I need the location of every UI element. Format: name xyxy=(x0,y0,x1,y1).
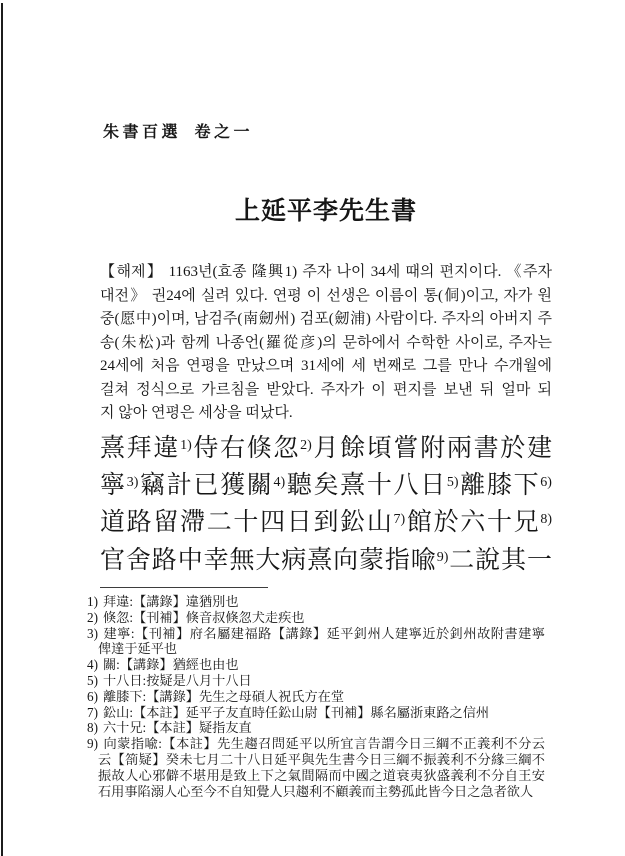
footnote-line: 3)建寧:【刊補】府名屬建福路【講錄】延平釗州人建寧近於釗州故附書建寧 xyxy=(87,626,545,642)
abstract-line: 중(愿中)이며, 남검주(南劒州) 검포(劒浦) 사람이다. 주자의 아버지 주 xyxy=(100,308,552,332)
footnote: 4)關:【講錄】猶經也由也 xyxy=(87,657,545,673)
footnote-number: 4) xyxy=(87,657,98,673)
footnote-line: 7)鈆山:【本註】延平子友直時任鈆山尉【刊補】縣名屬浙東路之信州 xyxy=(87,705,545,721)
footnote: 1)拜違:【講錄】違猶別也 xyxy=(87,594,545,610)
abstract-line: 송(朱松)과 함께 나종언(羅從彦)의 문하에서 수학한 사이로, 주자는 xyxy=(100,332,552,356)
footnote: 7)鈆山:【本註】延平子友直時任鈆山尉【刊補】縣名屬浙東路之信州 xyxy=(87,705,545,721)
footnote: 9)向蒙指喩:【本註】先生趨召問延平以所宜言告謂今日三綱不正義利不分云云【箚疑】… xyxy=(87,736,545,799)
abstract-line: 지 않아 연평은 세상을 떠났다. xyxy=(100,402,552,426)
footnote-ref: 8) xyxy=(540,512,552,527)
abstract-line: 24세에 처음 연평을 만났으며 31세에 세 번째로 그를 만나 수개월에 xyxy=(100,355,552,379)
footnote-line: 9)向蒙指喩:【本註】先生趨召問延平以所宜言告謂今日三綱不正義利不分云 xyxy=(87,736,545,752)
footnote-number: 1) xyxy=(87,594,98,610)
footnote-ref: 7) xyxy=(394,512,406,527)
letter-body: 熹拜違1)侍右倏忽2)月餘頃嘗附兩書於建寧3)竊計已獲關4)聽矣熹十八日5)離膝… xyxy=(100,430,552,579)
footnote-number: 3) xyxy=(87,626,98,642)
footnote: 5)十八日:按疑是八月十八日 xyxy=(87,673,545,689)
footnote-number: 9) xyxy=(87,736,98,752)
letter-line: 熹拜違1)侍右倏忽2)月餘頃嘗附兩書於建 xyxy=(100,430,552,467)
footnote-line: 4)關:【講錄】猶經也由也 xyxy=(87,657,545,673)
abstract-paragraph: 【해제】 1163년(효종 隆興1) 주자 나이 34세 때의 편지이다. 《주… xyxy=(100,261,552,426)
footnote-ref: 1) xyxy=(180,438,192,453)
footnote-ref: 6) xyxy=(540,475,552,490)
footnote: 8)六十兄:【本註】疑指友直 xyxy=(87,720,545,736)
footnote-line: 6)離膝下:【講錄】先生之母碩人祝氏方在堂 xyxy=(87,689,545,705)
book-header: 朱書百選 卷之一 xyxy=(103,119,253,142)
footnote-line: 振故人心邪僻不堪用是致上下之氣間隔而中國之道衰夷狄盛義利不分自王安 xyxy=(98,768,545,784)
footnote-number: 5) xyxy=(87,673,98,689)
footnote-separator xyxy=(100,587,268,588)
footnote-line: 2)倏忽:【刊補】倏音叔倏忽犬走疾也 xyxy=(87,610,545,626)
page-edge-line xyxy=(1,3,3,856)
footnote-line: 8)六十兄:【本註】疑指友直 xyxy=(87,720,545,736)
abstract-line: 【해제】 1163년(효종 隆興1) 주자 나이 34세 때의 편지이다. 《주… xyxy=(100,261,552,285)
footnotes-section: 1)拜違:【講錄】違猶別也2)倏忽:【刊補】倏音叔倏忽犬走疾也3)建寧:【刊補】… xyxy=(87,594,545,799)
footnote-line: 石用事陷溺人心至今不自知覺人只趨利不顧義而主勢孤此皆今日之急者欲人 xyxy=(98,784,545,800)
footnote-line: 5)十八日:按疑是八月十八日 xyxy=(87,673,545,689)
footnote-number: 2) xyxy=(87,610,98,626)
letter-line: 道路留滯二十四日到鈆山7)館於六十兄8) xyxy=(100,504,552,541)
footnote-line: 1)拜違:【講錄】違猶別也 xyxy=(87,594,545,610)
abstract-line: 걸쳐 정식으로 가르침을 받았다. 주자가 이 편지를 보낸 뒤 얼마 되 xyxy=(100,379,552,403)
footnote-number: 7) xyxy=(87,705,98,721)
letter-line: 官舍路中幸無大病熹向蒙指喩9)二說其一 xyxy=(100,542,552,579)
footnote-ref: 3) xyxy=(127,475,139,490)
abstract-line: 대전》 권24에 실려 있다. 연평 이 선생은 이름이 통(侗)이고, 자가 … xyxy=(100,285,552,309)
footnote: 6)離膝下:【講錄】先生之母碩人祝氏方在堂 xyxy=(87,689,545,705)
letter-title: 上延平李先生書 xyxy=(100,191,552,227)
footnote-number: 6) xyxy=(87,689,98,705)
footnote-ref: 9) xyxy=(437,550,449,565)
footnote-ref: 2) xyxy=(300,438,312,453)
footnote-line: 云【箚疑】癸未七月二十八日延平與先生書今日三綱不振義利不分緣三綱不 xyxy=(98,752,545,768)
footnote: 2)倏忽:【刊補】倏音叔倏忽犬走疾也 xyxy=(87,610,545,626)
footnote: 3)建寧:【刊補】府名屬建福路【講錄】延平釗州人建寧近於釗州故附書建寧俾達于延平… xyxy=(87,626,545,658)
footnote-ref: 5) xyxy=(447,475,459,490)
footnote-line: 俾達于延平也 xyxy=(98,641,545,657)
footnote-number: 8) xyxy=(87,720,98,736)
letter-line: 寧3)竊計已獲關4)聽矣熹十八日5)離膝下6) xyxy=(100,467,552,504)
footnote-ref: 4) xyxy=(273,475,285,490)
